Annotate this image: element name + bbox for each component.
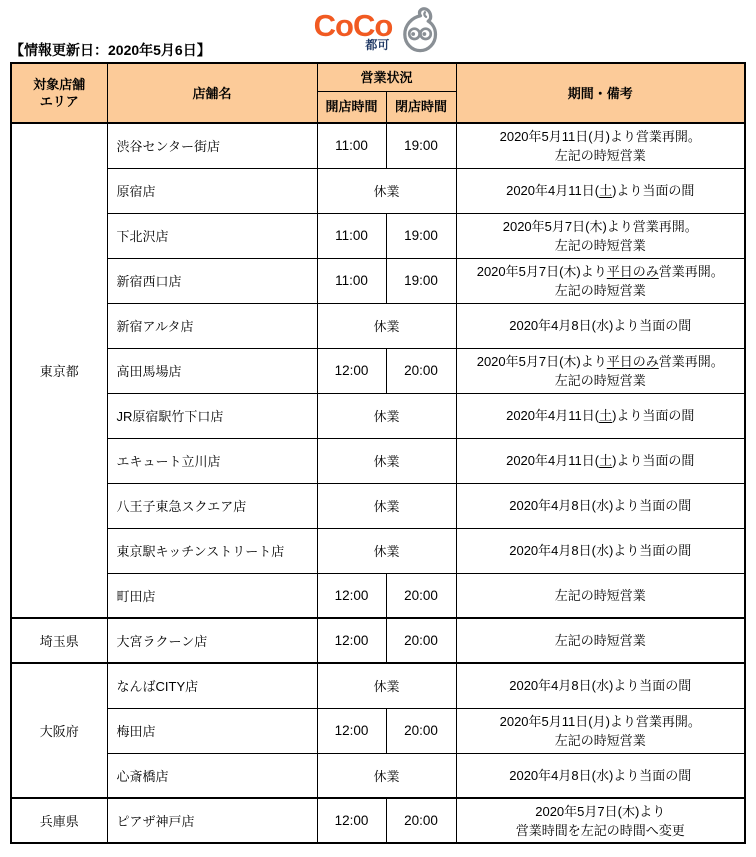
open-time-cell: 12:00 (317, 618, 386, 663)
note-line: 2020年4月8日(水)より当面の間 (461, 766, 741, 785)
note-line: 左記の時短営業 (461, 281, 741, 300)
open-time-cell: 12:00 (317, 348, 386, 393)
table-row: 原宿店休業2020年4月11日(土)より当面の間 (11, 168, 745, 213)
table-row: 下北沢店11:0019:002020年5月7日(木)より営業再開。左記の時短営業 (11, 213, 745, 258)
store-name-cell: 新宿西口店 (107, 258, 317, 303)
header-close-time: 閉店時間 (386, 91, 456, 123)
header-period-notes: 期間・備考 (456, 63, 745, 123)
period-note-cell: 2020年5月11日(月)より営業再開。左記の時短営業 (456, 708, 745, 753)
note-line: 2020年4月11日(土)より当面の間 (461, 181, 741, 200)
period-note-cell: 2020年4月8日(水)より当面の間 (456, 483, 745, 528)
close-time-cell: 20:00 (386, 798, 456, 843)
store-name-cell: なんばCITY店 (107, 663, 317, 708)
period-note-cell: 左記の時短営業 (456, 618, 745, 663)
store-name-cell: 高田馬場店 (107, 348, 317, 393)
note-line: 左記の時短営業 (461, 631, 741, 650)
store-name-cell: 八王子東急スクエア店 (107, 483, 317, 528)
note-line: 2020年4月8日(水)より当面の間 (461, 676, 741, 695)
update-date-notice: 【情報更新日：2020年5月6日】 (10, 40, 211, 60)
store-name-cell: 原宿店 (107, 168, 317, 213)
note-line: 左記の時短営業 (461, 146, 741, 165)
store-name-cell: エキュート立川店 (107, 438, 317, 483)
open-time-cell: 12:00 (317, 798, 386, 843)
note-line: 2020年5月11日(月)より営業再開。 (461, 127, 741, 146)
store-table-body: 東京都渋谷センター街店11:0019:002020年5月11日(月)より営業再開… (11, 123, 745, 843)
note-line: 左記の時短営業 (461, 236, 741, 255)
note-line: 2020年5月7日(木)より平日のみ営業再開。 (461, 262, 741, 281)
close-time-cell: 20:00 (386, 348, 456, 393)
header-open-time: 開店時間 (317, 91, 386, 123)
store-name-cell: 渋谷センター街店 (107, 123, 317, 168)
page: { "logo": { "coco_text": "CoCo", "subtit… (0, 0, 756, 857)
note-line: 2020年5月7日(木)より平日のみ営業再開。 (461, 352, 741, 371)
coco-logo-text: CoCo 都可 (314, 5, 393, 52)
closed-status-cell: 休業 (317, 528, 456, 573)
store-name-cell: JR原宿駅竹下口店 (107, 393, 317, 438)
close-time-cell: 20:00 (386, 618, 456, 663)
coco-logo: CoCo 都可 (314, 5, 443, 55)
store-name-cell: 町田店 (107, 573, 317, 618)
store-name-cell: 大宮ラクーン店 (107, 618, 317, 663)
table-row: 新宿アルタ店休業2020年4月8日(水)より当面の間 (11, 303, 745, 348)
table-row: 東京都渋谷センター街店11:0019:002020年5月11日(月)より営業再開… (11, 123, 745, 168)
table-row: 町田店12:0020:00左記の時短営業 (11, 573, 745, 618)
note-line: 左記の時短営業 (461, 731, 741, 750)
open-time-cell: 12:00 (317, 573, 386, 618)
table-row: 八王子東急スクエア店休業2020年4月8日(水)より当面の間 (11, 483, 745, 528)
table-row: エキュート立川店休業2020年4月11日(土)より当面の間 (11, 438, 745, 483)
closed-status-cell: 休業 (317, 753, 456, 798)
table-row: 兵庫県ピアザ神戸店12:0020:002020年5月7日(木)より営業時間を左記… (11, 798, 745, 843)
note-line: 2020年4月8日(水)より当面の間 (461, 316, 741, 335)
store-name-cell: 心斎橋店 (107, 753, 317, 798)
store-status-table: 対象店舗 エリア 店舗名 営業状況 期間・備考 開店時間 閉店時間 東京都渋谷セ… (10, 62, 746, 844)
area-cell: 埼玉県 (11, 618, 107, 663)
period-note-cell: 2020年4月11日(土)より当面の間 (456, 168, 745, 213)
area-cell: 兵庫県 (11, 798, 107, 843)
note-line: 2020年5月7日(木)より営業再開。 (461, 217, 741, 236)
table-row: 新宿西口店11:0019:002020年5月7日(木)より平日のみ営業再開。左記… (11, 258, 745, 303)
closed-status-cell: 休業 (317, 483, 456, 528)
store-name-cell: 下北沢店 (107, 213, 317, 258)
header-area-line2: エリア (40, 94, 79, 109)
closed-status-cell: 休業 (317, 303, 456, 348)
table-row: 梅田店12:0020:002020年5月11日(月)より営業再開。左記の時短営業 (11, 708, 745, 753)
note-line: 2020年4月11日(土)より当面の間 (461, 451, 741, 470)
table-header: 対象店舗 エリア 店舗名 営業状況 期間・備考 開店時間 閉店時間 (11, 63, 745, 123)
area-cell: 東京都 (11, 123, 107, 618)
open-time-cell: 11:00 (317, 213, 386, 258)
close-time-cell: 19:00 (386, 213, 456, 258)
closed-status-cell: 休業 (317, 393, 456, 438)
store-name-cell: 梅田店 (107, 708, 317, 753)
note-line: 2020年4月8日(水)より当面の間 (461, 541, 741, 560)
close-time-cell: 20:00 (386, 573, 456, 618)
period-note-cell: 2020年4月11日(土)より当面の間 (456, 393, 745, 438)
coco-subtitle: 都可 (365, 39, 392, 52)
coco-mascot-icon (396, 5, 442, 55)
note-line: 営業時間を左記の時間へ変更 (461, 821, 741, 840)
table-row: 東京駅キッチンストリート店休業2020年4月8日(水)より当面の間 (11, 528, 745, 573)
close-time-cell: 19:00 (386, 123, 456, 168)
period-note-cell: 2020年4月8日(水)より当面の間 (456, 303, 745, 348)
period-note-cell: 2020年4月8日(水)より当面の間 (456, 528, 745, 573)
note-line: 左記の時短営業 (461, 371, 741, 390)
open-time-cell: 11:00 (317, 123, 386, 168)
table-row: 埼玉県大宮ラクーン店12:0020:00左記の時短営業 (11, 618, 745, 663)
closed-status-cell: 休業 (317, 663, 456, 708)
table-row: 心斎橋店休業2020年4月8日(水)より当面の間 (11, 753, 745, 798)
store-name-cell: 東京駅キッチンストリート店 (107, 528, 317, 573)
period-note-cell: 2020年5月7日(木)より平日のみ営業再開。左記の時短営業 (456, 348, 745, 393)
period-note-cell: 2020年5月7日(木)より営業再開。左記の時短営業 (456, 213, 745, 258)
note-line: 2020年4月11日(土)より当面の間 (461, 406, 741, 425)
table-row: JR原宿駅竹下口店休業2020年4月11日(土)より当面の間 (11, 393, 745, 438)
note-line: 2020年5月11日(月)より営業再開。 (461, 712, 741, 731)
closed-status-cell: 休業 (317, 168, 456, 213)
close-time-cell: 20:00 (386, 708, 456, 753)
header-store-name: 店舗名 (107, 63, 317, 123)
close-time-cell: 19:00 (386, 258, 456, 303)
open-time-cell: 11:00 (317, 258, 386, 303)
table-row: 大阪府なんばCITY店休業2020年4月8日(水)より当面の間 (11, 663, 745, 708)
period-note-cell: 左記の時短営業 (456, 573, 745, 618)
open-time-cell: 12:00 (317, 708, 386, 753)
period-note-cell: 2020年4月8日(水)より当面の間 (456, 753, 745, 798)
period-note-cell: 2020年4月11日(土)より当面の間 (456, 438, 745, 483)
store-name-cell: 新宿アルタ店 (107, 303, 317, 348)
store-name-cell: ピアザ神戸店 (107, 798, 317, 843)
closed-status-cell: 休業 (317, 438, 456, 483)
header-area-line1: 対象店舗 (33, 77, 85, 92)
period-note-cell: 2020年4月8日(水)より当面の間 (456, 663, 745, 708)
period-note-cell: 2020年5月7日(木)より平日のみ営業再開。左記の時短営業 (456, 258, 745, 303)
header-business-status: 営業状況 (317, 63, 456, 91)
table-row: 高田馬場店12:0020:002020年5月7日(木)より平日のみ営業再開。左記… (11, 348, 745, 393)
area-cell: 大阪府 (11, 663, 107, 798)
period-note-cell: 2020年5月11日(月)より営業再開。左記の時短営業 (456, 123, 745, 168)
note-line: 2020年4月8日(水)より当面の間 (461, 496, 741, 515)
note-line: 左記の時短営業 (461, 586, 741, 605)
coco-wordmark: CoCo (314, 11, 393, 41)
period-note-cell: 2020年5月7日(木)より営業時間を左記の時間へ変更 (456, 798, 745, 843)
header-area: 対象店舗 エリア (11, 63, 107, 123)
note-line: 2020年5月7日(木)より (461, 802, 741, 821)
